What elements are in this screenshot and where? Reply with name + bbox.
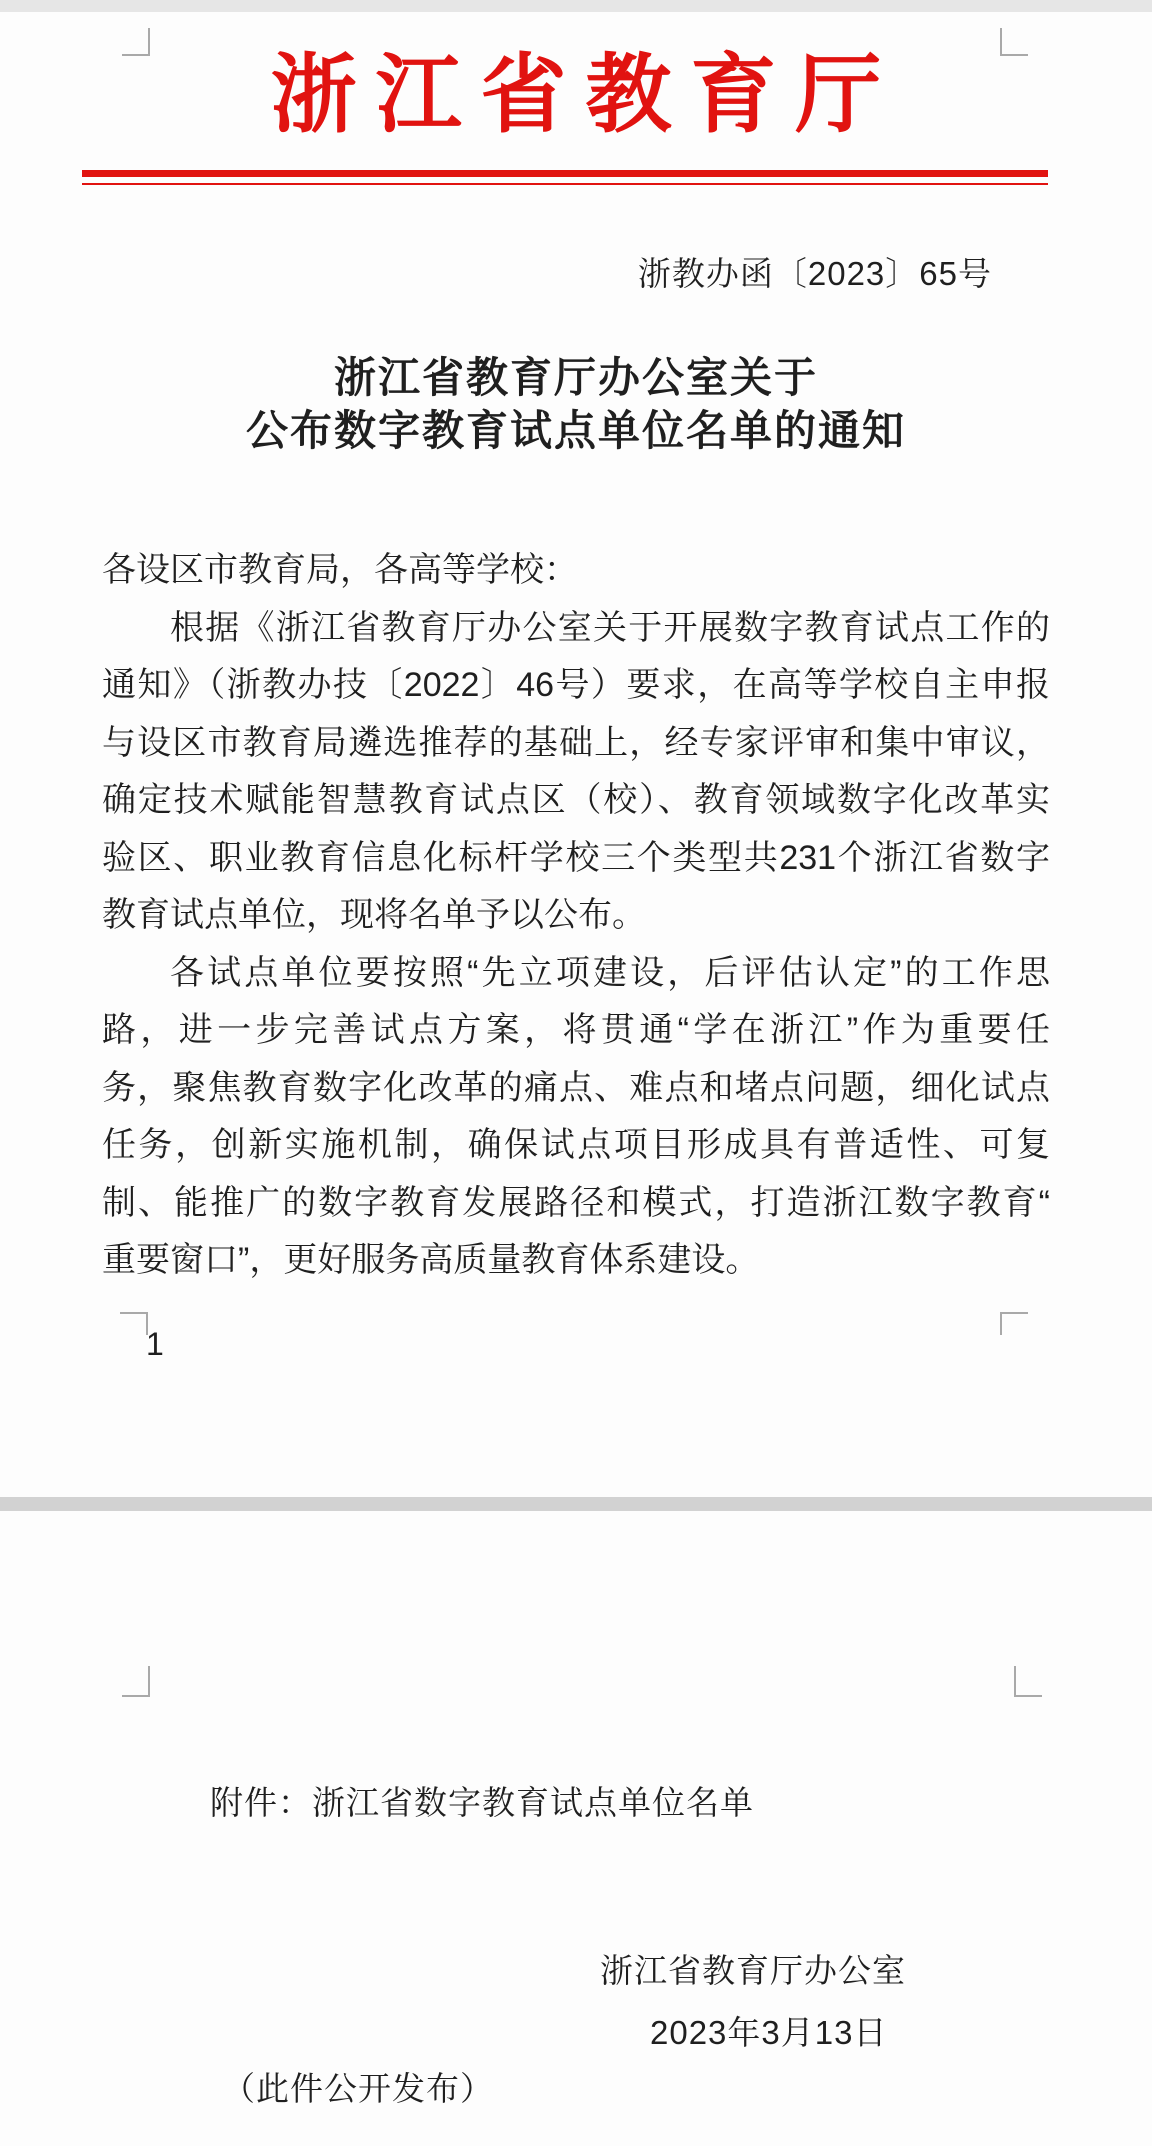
document-scan: 浙江省教育厅 浙教办函〔2023〕65号 浙江省教育厅办公室关于 公布数字教育试… xyxy=(0,0,1152,2146)
notice-title: 浙江省教育厅办公室关于 公布数字教育试点单位名单的通知 xyxy=(0,351,1152,457)
body-line: 教育试点单位，现将名单予以公布。 xyxy=(102,887,1050,945)
body-line: 务，聚焦教育数字化改革的痛点、难点和堵点问题，细化试点 xyxy=(102,1060,1050,1118)
page-number: 1 xyxy=(146,1326,164,1362)
issuing-office-signature: 浙江省教育厅办公室 xyxy=(600,1950,906,1992)
body-line: 通知》（浙教办技〔2022〕46号）要求，在高等学校自主申报 xyxy=(102,657,1050,715)
notice-title-line2: 公布数字教育试点单位名单的通知 xyxy=(0,404,1152,457)
issue-date: 2023年3月13日 xyxy=(650,2012,887,2054)
document-number: 浙教办函〔2023〕65号 xyxy=(638,254,992,294)
body-line: 与设区市教育局遴选推荐的基础上，经专家评审和集中审议， xyxy=(102,715,1050,773)
body-line: 确定技术赋能智慧教育试点区（校）、教育领域数字化改革实 xyxy=(102,772,1050,830)
notice-title-line1: 浙江省教育厅办公室关于 xyxy=(0,351,1152,404)
body-line: 任务，创新实施机制，确保试点项目形成具有普适性、可复 xyxy=(102,1117,1050,1175)
attachment-line: 附件：浙江省数字教育试点单位名单 xyxy=(210,1782,754,1824)
crop-mark-bottom-right xyxy=(1000,1312,1028,1335)
body-line: 根据《浙江省教育厅办公室关于开展数字教育试点工作的 xyxy=(102,600,1050,658)
body-line: 验区、职业教育信息化标杆学校三个类型共231个浙江省数字 xyxy=(102,830,1050,888)
notice-body: 各设区市教育局，各高等学校： 根据《浙江省教育厅办公室关于开展数字教育试点工作的… xyxy=(102,542,1050,1290)
scan-edge-strip xyxy=(0,0,1152,12)
public-release-note: （此件公开发布） xyxy=(222,2068,494,2110)
crop-mark-top-left xyxy=(122,1666,150,1697)
red-separator-line-thick xyxy=(82,170,1048,177)
red-separator-line-thin xyxy=(82,183,1048,185)
page-gap-band xyxy=(0,1497,1152,1511)
body-line: 路，进一步完善试点方案，将贯通“学在浙江”作为重要任 xyxy=(102,1002,1050,1060)
body-line: 重要窗口”，更好服务高质量教育体系建设。 xyxy=(102,1232,1050,1290)
crop-mark-top-right xyxy=(1014,1666,1042,1697)
body-line: 各试点单位要按照“先立项建设，后评估认定”的工作思 xyxy=(102,945,1050,1003)
agency-letterhead: 浙江省教育厅 xyxy=(0,40,1152,150)
crop-mark-bottom-left xyxy=(120,1312,148,1335)
body-line: 制、能推广的数字教育发展路径和模式，打造浙江数字教育“ xyxy=(102,1175,1050,1233)
salutation: 各设区市教育局，各高等学校： xyxy=(102,542,1050,600)
